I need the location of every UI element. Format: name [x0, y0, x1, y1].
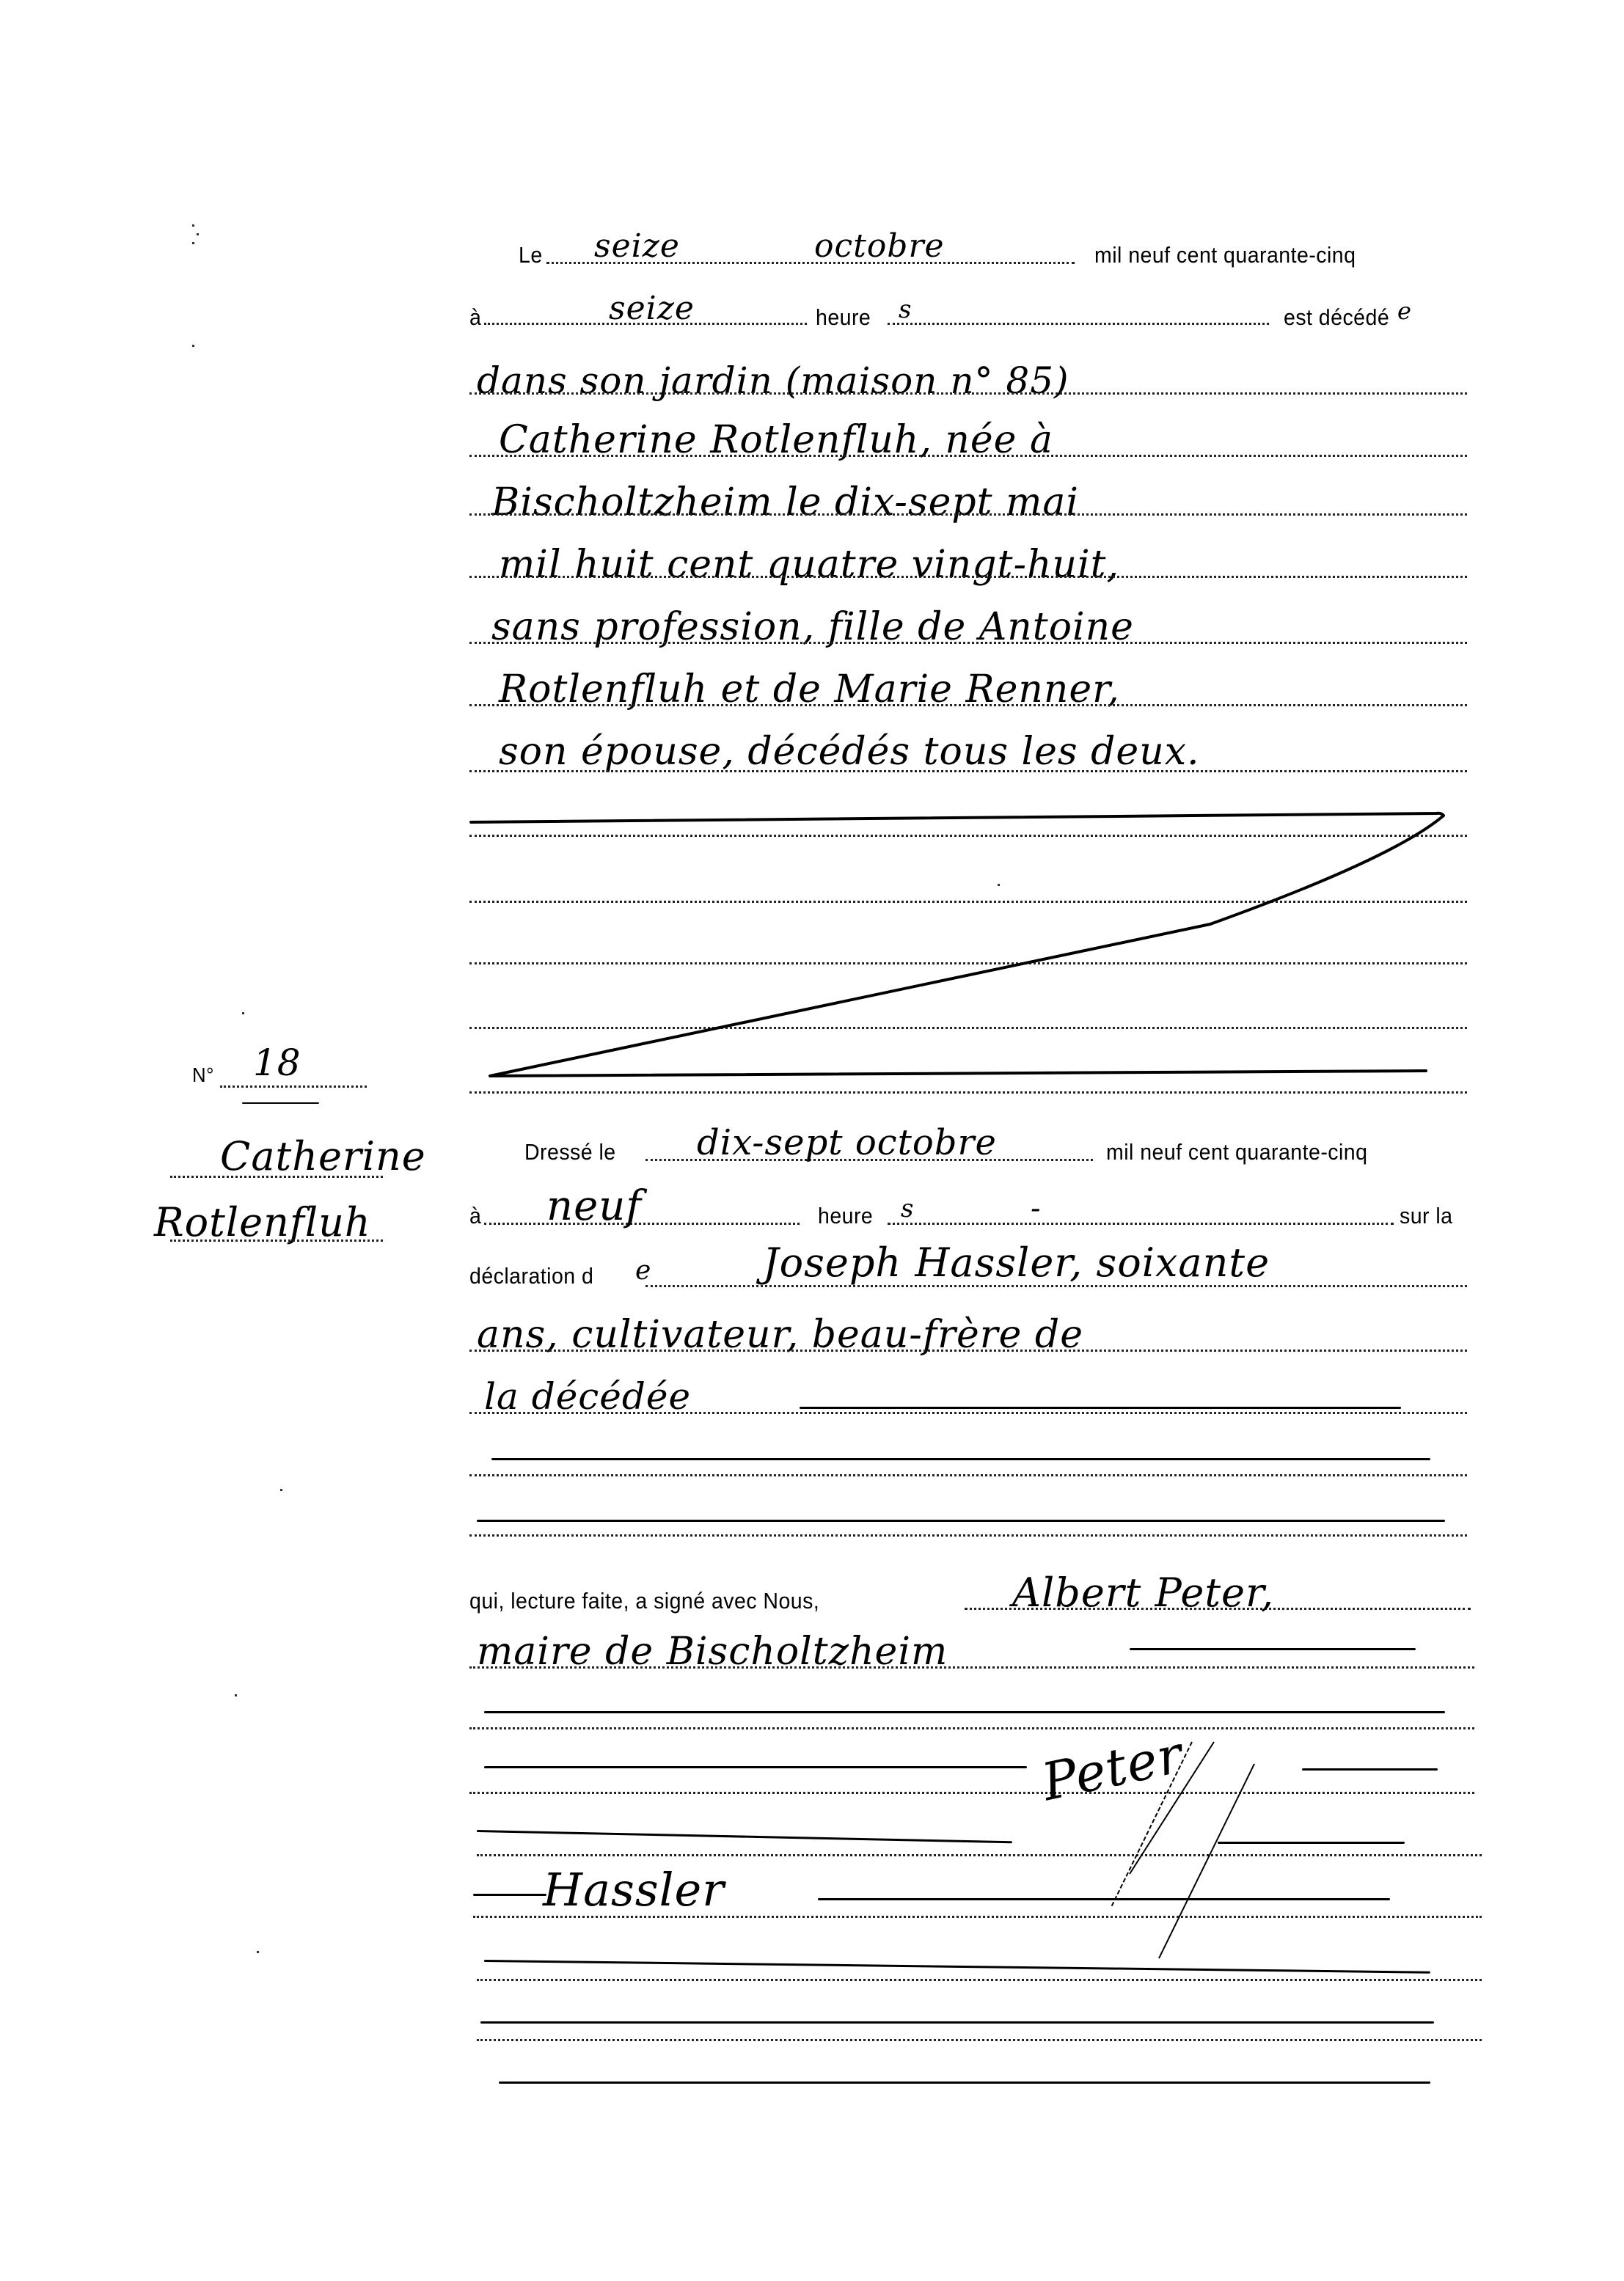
cancellation-stroke — [0, 0, 1624, 2281]
civil-register-page: N° 18 Catherine Rotlenfluh Le seize octo… — [0, 0, 1624, 2281]
